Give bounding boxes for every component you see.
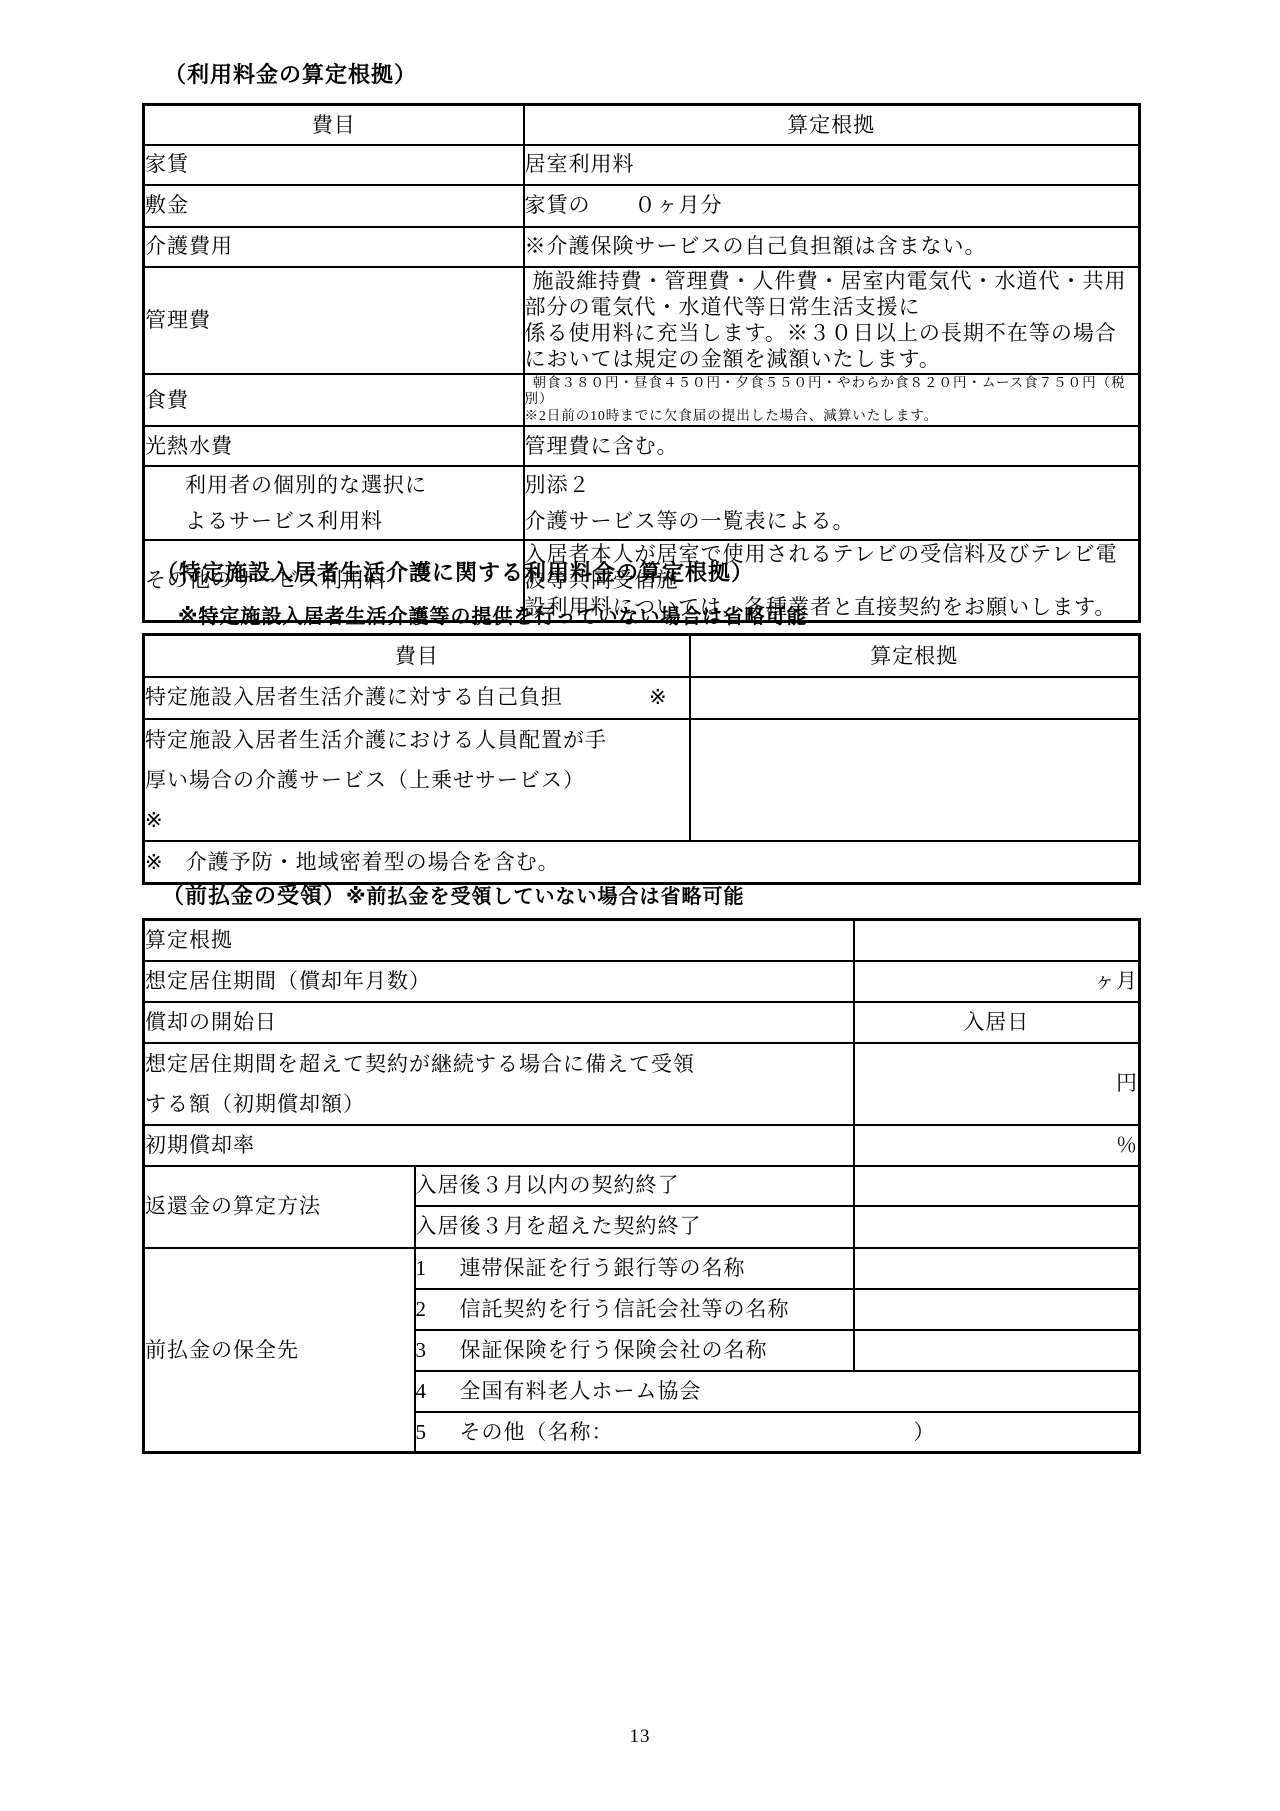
closing-paren: ） bbox=[914, 1420, 936, 1444]
section3-title-main: （前払金の受領） bbox=[162, 883, 346, 908]
cell-footnote: ※介護予防・地域密着型の場合を含む。 bbox=[144, 841, 1140, 884]
cell-expected-period: 想定居住期間（償却年月数） bbox=[144, 961, 854, 1002]
cell-refund-within-3m-value bbox=[854, 1166, 1140, 1206]
cell-calc-basis-value bbox=[854, 920, 1140, 961]
cell-preservation-label: 前払金の保全先 bbox=[144, 1248, 415, 1453]
item-text: 全国有料老人ホーム協会 bbox=[460, 1379, 702, 1403]
document-page: （利用料金の算定根拠） 費目 算定根拠 家賃 居室利用料 敷金 家賃の ０ヶ月分… bbox=[0, 0, 1280, 1811]
section2-title: （特定施設入居者生活介護に関する利用料金の算定根拠） bbox=[156, 556, 754, 587]
table-row: 家賃 居室利用料 bbox=[144, 145, 1140, 185]
table-row: 算定根拠 bbox=[144, 920, 1140, 961]
cell-basis-meals: 朝食３８０円・昼食４５０円・夕食５５０円・やわらか食８２０円・ムース食７５０円（… bbox=[524, 374, 1140, 427]
meals-basis-line2: ※2日前の10時までに欠食届の提出した場合、減算いたします。 bbox=[525, 408, 1139, 425]
table-header-row: 費目 算定根拠 bbox=[144, 635, 1140, 677]
header-basis: 算定根拠 bbox=[690, 635, 1140, 677]
footnote-text: 介護予防・地域密着型の場合を含む。 bbox=[186, 850, 560, 874]
cell-refund-within-3m: 入居後３月以内の契約終了 bbox=[415, 1166, 854, 1206]
cell-basis-care: ※介護保険サービスの自己負担額は含まない。 bbox=[524, 227, 1140, 267]
cell-preservation-item-5: 5その他（名称：） bbox=[415, 1412, 1140, 1453]
table-row: 介護費用 ※介護保険サービスの自己負担額は含まない。 bbox=[144, 227, 1140, 267]
cell-initial-rate: 初期償却率 bbox=[144, 1125, 854, 1166]
specified-facility-table: 費目 算定根拠 特定施設入居者生活介護に対する自己負担※ 特定施設入居者生活介護… bbox=[142, 633, 1141, 885]
item-text: 連帯保証を行う銀行等の名称 bbox=[460, 1256, 746, 1280]
table-row: 利用者の個別的な選択に よるサービス利用料 別添２ 介護サービス等の一覧表による… bbox=[144, 466, 1140, 540]
cell-preservation-item-1-value bbox=[854, 1248, 1140, 1289]
cell-preservation-item-2-value bbox=[854, 1289, 1140, 1330]
self-pay-text: 特定施設入居者生活介護に対する自己負担 bbox=[145, 685, 563, 709]
table-row: 想定居住期間を超えて契約が継続する場合に備えて受領 する額（初期償却額） 円 bbox=[144, 1043, 1140, 1125]
table-footnote-row: ※介護予防・地域密着型の場合を含む。 bbox=[144, 841, 1140, 884]
cell-amortization-start: 償却の開始日 bbox=[144, 1002, 854, 1043]
section1-title: （利用料金の算定根拠） bbox=[164, 58, 417, 89]
header-item: 費目 bbox=[144, 635, 690, 677]
cell-preservation-item-2: 2信託契約を行う信託会社等の名称 bbox=[415, 1289, 854, 1330]
item-number: 2 bbox=[416, 1296, 460, 1322]
page-number: 13 bbox=[0, 1726, 1280, 1748]
cell-preservation-item-1: 1連帯保証を行う銀行等の名称 bbox=[415, 1248, 854, 1289]
cell-basis-optional-services: 別添２ 介護サービス等の一覧表による。 bbox=[524, 466, 1140, 540]
cell-item-self-pay: 特定施設入居者生活介護に対する自己負担※ bbox=[144, 677, 690, 719]
cell-basis-extra-staffing bbox=[690, 719, 1140, 841]
cell-refund-over-3m: 入居後３月を超えた契約終了 bbox=[415, 1206, 854, 1248]
cell-item-extra-staffing: 特定施設入居者生活介護における人員配置が手 厚い場合の介護サービス（上乗せサービ… bbox=[144, 719, 690, 841]
cell-basis-self-pay bbox=[690, 677, 1140, 719]
extra-staffing-line1: 特定施設入居者生活介護における人員配置が手 bbox=[145, 720, 689, 760]
cell-basis-utilities: 管理費に含む。 bbox=[524, 426, 1140, 466]
cell-excess-amount: 想定居住期間を超えて契約が継続する場合に備えて受領 する額（初期償却額） bbox=[144, 1043, 854, 1125]
section3-title: （前払金の受領）※前払金を受領していない場合は省略可能 bbox=[162, 879, 744, 910]
table-row: 償却の開始日 入居日 bbox=[144, 1002, 1140, 1043]
cell-item-optional-services: 利用者の個別的な選択に よるサービス利用料 bbox=[144, 466, 524, 540]
item-number: 5 bbox=[416, 1419, 460, 1445]
cell-refund-method-label: 返還金の算定方法 bbox=[144, 1166, 415, 1248]
cell-item-rent: 家賃 bbox=[144, 145, 524, 185]
advance-payment-table: 算定根拠 想定居住期間（償却年月数） ヶ月 償却の開始日 入居日 想定居住期間を… bbox=[142, 918, 1141, 1454]
cell-amortization-start-value: 入居日 bbox=[854, 1002, 1140, 1043]
item-number: 4 bbox=[416, 1378, 460, 1404]
section2-note: ※特定施設入居者生活介護等の提供を行っていない場合は省略可能 bbox=[178, 600, 807, 629]
item-text: 保証保険を行う保険会社の名称 bbox=[460, 1338, 768, 1362]
table-row: 特定施設入居者生活介護に対する自己負担※ bbox=[144, 677, 1140, 719]
cell-initial-rate-unit: ％ bbox=[854, 1125, 1140, 1166]
cell-item-meals: 食費 bbox=[144, 374, 524, 427]
table-row: 敷金 家賃の ０ヶ月分 bbox=[144, 185, 1140, 227]
reference-mark: ※ bbox=[145, 850, 164, 874]
header-basis: 算定根拠 bbox=[524, 105, 1140, 145]
table-row: 想定居住期間（償却年月数） ヶ月 bbox=[144, 961, 1140, 1002]
table-row: 前払金の保全先 1連帯保証を行う銀行等の名称 bbox=[144, 1248, 1140, 1289]
table-row: 初期償却率 ％ bbox=[144, 1125, 1140, 1166]
cell-calc-basis: 算定根拠 bbox=[144, 920, 854, 961]
admin-basis-line1: 施設維持費・管理費・人件費・居室内電気代・水道代・共用部分の電気代・水道代等日常… bbox=[525, 268, 1139, 321]
cell-preservation-item-4: 4全国有料老人ホーム協会 bbox=[415, 1371, 1140, 1412]
cell-item-care: 介護費用 bbox=[144, 227, 524, 267]
excess-amount-line2: する額（初期償却額） bbox=[145, 1084, 853, 1124]
reference-mark: ※ bbox=[145, 808, 164, 832]
excess-amount-line1: 想定居住期間を超えて契約が継続する場合に備えて受領 bbox=[145, 1044, 853, 1084]
table-row: 管理費 施設維持費・管理費・人件費・居室内電気代・水道代・共用部分の電気代・水道… bbox=[144, 267, 1140, 374]
item-text: 信託契約を行う信託会社等の名称 bbox=[460, 1297, 790, 1321]
item-number: 1 bbox=[416, 1255, 460, 1281]
admin-basis-line2: 係る使用料に充当します。※３０日以上の長期不在等の場合においては規定の金額を減額… bbox=[525, 320, 1139, 373]
cell-basis-admin: 施設維持費・管理費・人件費・居室内電気代・水道代・共用部分の電気代・水道代等日常… bbox=[524, 267, 1140, 374]
cell-preservation-item-3: 3保証保険を行う保険会社の名称 bbox=[415, 1330, 854, 1371]
table-row: 食費 朝食３８０円・昼食４５０円・夕食５５０円・やわらか食８２０円・ムース食７５… bbox=[144, 374, 1140, 427]
fee-basis-table: 費目 算定根拠 家賃 居室利用料 敷金 家賃の ０ヶ月分 介護費用 ※介護保険サ… bbox=[142, 103, 1141, 623]
cell-item-utilities: 光熱水費 bbox=[144, 426, 524, 466]
table-row: 特定施設入居者生活介護における人員配置が手 厚い場合の介護サービス（上乗せサービ… bbox=[144, 719, 1140, 841]
cell-basis-rent: 居室利用料 bbox=[524, 145, 1140, 185]
optional-item-line1: 利用者の個別的な選択に bbox=[185, 467, 523, 503]
cell-excess-amount-unit: 円 bbox=[854, 1043, 1140, 1125]
item-text: その他（名称： bbox=[460, 1420, 614, 1444]
cell-preservation-item-3-value bbox=[854, 1330, 1140, 1371]
item-number: 3 bbox=[416, 1337, 460, 1363]
cell-item-admin: 管理費 bbox=[144, 267, 524, 374]
table-header-row: 費目 算定根拠 bbox=[144, 105, 1140, 145]
cell-refund-over-3m-value bbox=[854, 1206, 1140, 1248]
table-row: 光熱水費 管理費に含む。 bbox=[144, 426, 1140, 466]
cell-expected-period-unit: ヶ月 bbox=[854, 961, 1140, 1002]
reference-mark: ※ bbox=[649, 685, 668, 709]
table-row: 返還金の算定方法 入居後３月以内の契約終了 bbox=[144, 1166, 1140, 1206]
section3-title-note: ※前払金を受領していない場合は省略可能 bbox=[346, 886, 744, 908]
meals-basis-line1: 朝食３８０円・昼食４５０円・夕食５５０円・やわらか食８２０円・ムース食７５０円（… bbox=[525, 375, 1139, 409]
optional-basis-line1: 別添２ bbox=[525, 467, 1139, 503]
optional-basis-line2: 介護サービス等の一覧表による。 bbox=[525, 503, 1139, 539]
optional-item-line2: よるサービス利用料 bbox=[185, 503, 523, 539]
cell-basis-deposit: 家賃の ０ヶ月分 bbox=[524, 185, 1140, 227]
cell-item-deposit: 敷金 bbox=[144, 185, 524, 227]
extra-staffing-line2: 厚い場合の介護サービス（上乗せサービス）※ bbox=[145, 760, 689, 840]
header-item: 費目 bbox=[144, 105, 524, 145]
